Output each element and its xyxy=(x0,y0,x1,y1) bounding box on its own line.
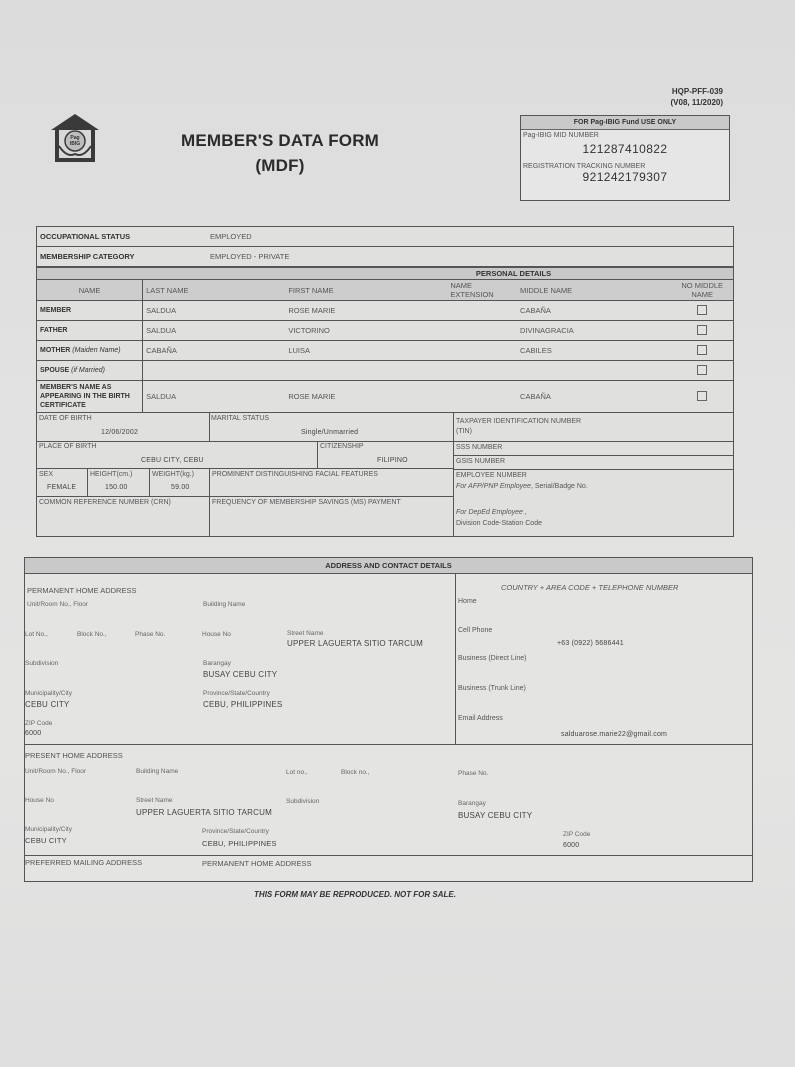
bc-no-middle-checkbox[interactable] xyxy=(697,391,707,401)
occupational-status-value[interactable]: EMPLOYED xyxy=(207,227,734,247)
pres-street-value[interactable]: UPPER LAGUERTA SITIO TARCUM xyxy=(136,808,272,817)
home-phone-label: Home xyxy=(458,598,477,605)
preferred-mailing-value[interactable]: PERMANENT HOME ADDRESS xyxy=(202,859,311,868)
dob-value[interactable]: 12/06/2002 xyxy=(101,429,138,436)
occupational-status-label: OCCUPATIONAL STATUS xyxy=(37,227,208,247)
bc-last-name[interactable]: SALDUA xyxy=(143,381,286,413)
present-address-title: PRESENT HOME ADDRESS xyxy=(25,751,123,760)
office-use-box: FOR Pag-IBIG Fund USE ONLY Pag-IBIG MID … xyxy=(520,115,730,201)
perm-zip-label: ZIP Code xyxy=(25,720,52,727)
spouse-middle-name[interactable] xyxy=(517,361,671,381)
citizenship-label: CITIZENSHIP xyxy=(320,443,364,450)
gsis-label: GSIS NUMBER xyxy=(456,458,505,465)
mother-label-note: (Maiden Name) xyxy=(72,347,120,354)
membership-category-label: MEMBERSHIP CATEGORY xyxy=(37,247,208,267)
contact-numbers-header: COUNTRY + AREA CODE + TELEPHONE NUMBER xyxy=(501,583,678,592)
ms-frequency-label: FREQUENCY OF MEMBERSHIP SAVINGS (MS) PAY… xyxy=(212,499,401,506)
perm-subdivision-label: Subdivision xyxy=(25,660,58,667)
member-last-name[interactable]: SALDUA xyxy=(143,301,286,321)
member-label: MEMBER xyxy=(37,301,143,321)
pres-province-value[interactable]: CEBU, PHILIPPINES xyxy=(202,839,277,848)
spouse-no-middle-checkbox[interactable] xyxy=(697,365,707,375)
svg-text:IBIG: IBIG xyxy=(70,141,80,147)
col-name-extension: NAME EXTENSION xyxy=(447,280,517,301)
names-table: PERSONAL DETAILS NAME LAST NAME FIRST NA… xyxy=(36,267,734,413)
perm-block-label: Block No., xyxy=(77,631,107,638)
personal-details-header: PERSONAL DETAILS xyxy=(37,268,734,280)
pres-province-label: Province/State/Country xyxy=(202,828,269,835)
names-column-headers: NAME LAST NAME FIRST NAME NAME EXTENSION… xyxy=(37,280,734,301)
col-middle-name: MIDDLE NAME xyxy=(517,280,671,301)
weight-label: WEIGHT(kg.) xyxy=(152,471,194,478)
bc-name-extension[interactable] xyxy=(447,381,517,413)
tin-label: TAXPAYER IDENTIFICATION NUMBER (TIN) xyxy=(456,417,586,437)
pres-barangay-label: Barangay xyxy=(458,800,486,807)
mother-first-name[interactable]: LUISA xyxy=(285,341,447,361)
father-row: FATHER SALDUA VICTORINO DIVINAGRACIA xyxy=(37,321,734,341)
height-value[interactable]: 150.00 xyxy=(105,484,128,491)
office-use-header: FOR Pag-IBIG Fund USE ONLY xyxy=(521,116,729,130)
member-no-middle-checkbox[interactable] xyxy=(697,305,707,315)
bc-first-name[interactable]: ROSE MARIE xyxy=(285,381,447,413)
father-middle-name[interactable]: DIVINAGRACIA xyxy=(517,321,671,341)
perm-lot-label: Lot No., xyxy=(25,631,48,638)
col-no-middle-name: NO MIDDLE NAME xyxy=(671,280,733,301)
perm-street-label: Street Name xyxy=(287,630,324,637)
birth-certificate-name-label: MEMBER'S NAME AS APPEARING IN THE BIRTH … xyxy=(37,381,143,413)
perm-barangay-label: Barangay xyxy=(203,660,231,667)
mid-number-label: Pag-IBIG MID NUMBER xyxy=(521,132,729,139)
deped-label-italic: For DepEd Employee , xyxy=(456,509,527,516)
pres-street-label: Street Name xyxy=(136,797,173,804)
mother-no-middle-checkbox[interactable] xyxy=(697,345,707,355)
birth-certificate-name-row: MEMBER'S NAME AS APPEARING IN THE BIRTH … xyxy=(37,381,734,413)
preferred-mailing-label: PREFERRED MAILING ADDRESS xyxy=(25,858,142,867)
pres-barangay-value[interactable]: BUSAY CEBU CITY xyxy=(458,811,532,820)
pres-block-label: Block no., xyxy=(341,769,370,776)
perm-province-value[interactable]: CEBU, PHILIPPINES xyxy=(203,700,282,709)
membership-category-value[interactable]: EMPLOYED - PRIVATE xyxy=(207,247,734,267)
perm-barangay-value[interactable]: BUSAY CEBU CITY xyxy=(203,670,277,679)
bio-details: DATE OF BIRTH 12/06/2002 MARITAL STATUS … xyxy=(36,413,734,537)
address-contact-section: ADDRESS AND CONTACT DETAILS PERMANENT HO… xyxy=(24,557,753,882)
spouse-name-extension[interactable] xyxy=(447,361,517,381)
height-label: HEIGHT(cm.) xyxy=(90,471,132,478)
pres-unit-label: Unit/Room No., Floor xyxy=(25,768,86,775)
title-line-1: MEMBER'S DATA FORM xyxy=(160,128,400,153)
email-value[interactable]: salduarose.marie22@gmail.com xyxy=(561,731,667,738)
col-first-name: FIRST NAME xyxy=(285,280,447,301)
pres-house-label: House No xyxy=(25,797,54,804)
rtn-label: REGISTRATION TRACKING NUMBER xyxy=(521,163,729,170)
sss-label: SSS NUMBER xyxy=(456,444,502,451)
form-version: (V08, 11/2020) xyxy=(671,97,723,108)
marital-status-label: MARITAL STATUS xyxy=(211,415,269,422)
mother-label: MOTHER xyxy=(40,347,70,354)
footer-note: THIS FORM MAY BE REPRODUCED. NOT FOR SAL… xyxy=(0,890,710,899)
father-name-extension[interactable] xyxy=(447,321,517,341)
pob-value[interactable]: CEBU CITY, CEBU xyxy=(141,457,204,464)
perm-province-label: Province/State/Country xyxy=(203,690,270,697)
pres-subdivision-label: Subdivision xyxy=(286,798,319,805)
pag-ibig-logo-icon: Pag IBIG xyxy=(47,110,103,166)
member-name-extension[interactable] xyxy=(447,301,517,321)
pres-phase-label: Phase No. xyxy=(458,770,488,777)
spouse-label: SPOUSE xyxy=(40,367,69,374)
dob-label: DATE OF BIRTH xyxy=(39,415,92,422)
title-line-2: (MDF) xyxy=(160,153,400,178)
perm-house-label: House No xyxy=(202,631,231,638)
status-table: OCCUPATIONAL STATUS EMPLOYED MEMBERSHIP … xyxy=(36,226,734,267)
citizenship-value[interactable]: FILIPINO xyxy=(377,457,408,464)
pres-building-label: Building Name xyxy=(136,768,178,775)
deped-label: Division Code-Station Code xyxy=(456,520,542,527)
rtn-value: 921242179307 xyxy=(521,170,729,184)
business-direct-label: Business (Direct Line) xyxy=(458,655,526,662)
spouse-row: SPOUSE (if Married) xyxy=(37,361,734,381)
page-title: MEMBER'S DATA FORM (MDF) xyxy=(160,128,400,178)
spouse-last-name[interactable] xyxy=(143,361,286,381)
father-label: FATHER xyxy=(37,321,143,341)
employee-number-label: EMPLOYEE NUMBER xyxy=(456,472,527,479)
perm-city-label: Municipality/City xyxy=(25,690,72,697)
member-first-name[interactable]: ROSE MARIE xyxy=(285,301,447,321)
perm-zip-value[interactable]: 6000 xyxy=(25,730,41,737)
weight-value[interactable]: 59.00 xyxy=(171,484,190,491)
facial-features-label: PROMINENT DISTINGUISHING FACIAL FEATURES xyxy=(212,471,378,478)
perm-phase-label: Phase No. xyxy=(135,631,165,638)
business-trunk-label: Business (Trunk Line) xyxy=(458,685,526,692)
pres-zip-label: ZIP Code xyxy=(563,831,590,838)
occupational-status-row: OCCUPATIONAL STATUS EMPLOYED xyxy=(37,227,734,247)
cell-phone-value[interactable]: +63 (0922) 5686441 xyxy=(557,640,624,647)
marital-status-value[interactable]: Single/Unmarried xyxy=(301,429,358,436)
personal-details-section: OCCUPATIONAL STATUS EMPLOYED MEMBERSHIP … xyxy=(36,226,734,537)
form-code: HQP-PFF-039 (V08, 11/2020) xyxy=(671,86,723,108)
father-last-name[interactable]: SALDUA xyxy=(143,321,286,341)
mother-name-extension[interactable] xyxy=(447,341,517,361)
perm-unit-label: Unit/Room No., Floor xyxy=(27,601,88,608)
perm-building-label: Building Name xyxy=(203,601,245,608)
afp-pnp-label: For AFP/PNP Employee, Serial/Badge No. xyxy=(456,483,588,490)
spouse-first-name[interactable] xyxy=(285,361,447,381)
perm-street-value[interactable]: UPPER LAGUERTA SITIO TARCUM xyxy=(287,639,423,648)
col-last-name: LAST NAME xyxy=(143,280,286,301)
mother-last-name[interactable]: CABAÑA xyxy=(143,341,286,361)
perm-city-value[interactable]: CEBU CITY xyxy=(25,700,69,709)
crn-label: COMMON REFERENCE NUMBER (CRN) xyxy=(39,499,171,506)
mother-middle-name[interactable]: CABILES xyxy=(517,341,671,361)
address-header: ADDRESS AND CONTACT DETAILS xyxy=(25,558,752,574)
permanent-address-title: PERMANENT HOME ADDRESS xyxy=(27,586,136,595)
pob-label: PLACE OF BIRTH xyxy=(39,443,96,450)
sex-value[interactable]: FEMALE xyxy=(47,484,76,491)
member-row: MEMBER SALDUA ROSE MARIE CABAÑA xyxy=(37,301,734,321)
pres-zip-value[interactable]: 6000 xyxy=(563,842,579,849)
cell-phone-label: Cell Phone xyxy=(458,627,492,634)
spouse-label-note: (if Married) xyxy=(71,367,105,374)
sex-label: SEX xyxy=(39,471,53,478)
member-middle-name[interactable]: CABAÑA xyxy=(517,301,671,321)
bc-middle-name[interactable]: CABAÑA xyxy=(517,381,671,413)
mother-row: MOTHER (Maiden Name) CABAÑA LUISA CABILE… xyxy=(37,341,734,361)
father-no-middle-checkbox[interactable] xyxy=(697,325,707,335)
pres-city-value[interactable]: CEBU CITY xyxy=(25,836,67,845)
email-label: Email Address xyxy=(458,715,503,722)
pres-city-label: Municipality/City xyxy=(25,826,72,833)
membership-category-row: MEMBERSHIP CATEGORY EMPLOYED - PRIVATE xyxy=(37,247,734,267)
father-first-name[interactable]: VICTORINO xyxy=(285,321,447,341)
col-name: NAME xyxy=(37,280,143,301)
form-code-number: HQP-PFF-039 xyxy=(671,86,723,97)
pres-lot-label: Lot no., xyxy=(286,769,308,776)
mid-number-value: 121287410822 xyxy=(521,142,729,156)
